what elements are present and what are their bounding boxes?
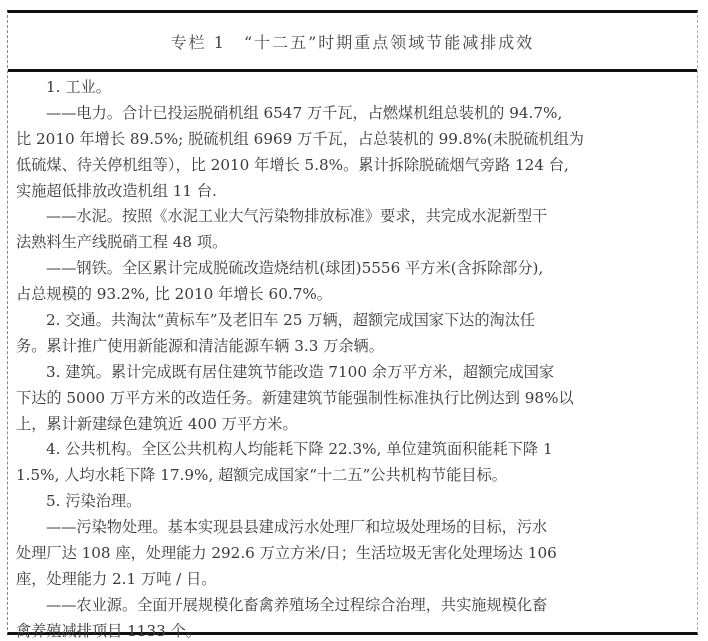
text-line: 处理厂达 108 座，处理能力 292.6 万立方米/日；生活垃圾无害化处理场达… (16, 541, 689, 567)
text-line: 务。累计推广使用新能源和清洁能源车辆 3.3 万余辆。 (16, 334, 689, 360)
text-line: 禽养殖减排项目 1133 个。 (16, 619, 689, 641)
text-line: 1.5%, 人均水耗下降 17.9%, 超额完成国家“十二五”公共机构节能目标。 (16, 463, 689, 489)
text-line: 比 2010 年增长 89.5%; 脱硫机组 6969 万千瓦，占总装机的 99… (16, 127, 689, 153)
title-divider (8, 69, 697, 72)
text-line: 座，处理能力 2.1 万吨 / 日。 (16, 567, 689, 593)
column-body: 1. 工业。——电力。合计已投运脱硝机组 6547 万千瓦，占燃煤机组总装机的 … (16, 75, 689, 641)
text-line: 低硫煤、待关停机组等），比 2010 年增长 5.8%。累计拆除脱硫烟气旁路 1… (16, 153, 689, 179)
text-line: ——污染物处理。基本实现县县建成污水处理厂和垃圾处理场的目标，污水 (16, 515, 689, 541)
text-line: 4. 公共机构。全区公共机构人均能耗下降 22.3%, 单位建筑面积能耗下降 1 (16, 437, 689, 463)
text-line: ——钢铁。全区累计完成脱硫改造烧结机(球团)5556 平方米(含拆除部分), (16, 256, 689, 282)
text-line: 法熟料生产线脱硝工程 48 项。 (16, 230, 689, 256)
text-line: ——水泥。按照《水泥工业大气污染物排放标准》要求，共完成水泥新型干 (16, 204, 689, 230)
text-line: 5. 污染治理。 (16, 489, 689, 515)
text-line: 2. 交通。共淘汰“黄标车”及老旧车 25 万辆，超额完成国家下达的淘汰任 (16, 308, 689, 334)
text-line: 1. 工业。 (16, 75, 689, 101)
text-line: ——农业源。全面开展规模化畜禽养殖场全过程综合治理，共实施规模化畜 (16, 593, 689, 619)
column-box: 专栏 1 “十二五”时期重点领域节能减排成效 1. 工业。——电力。合计已投运脱… (7, 10, 698, 635)
text-line: 占总规模的 93.2%, 比 2010 年增长 60.7%。 (16, 282, 689, 308)
text-line: 下达的 5000 万平方米的改造任务。新建建筑节能强制性标准执行比例达到 98%… (16, 386, 689, 412)
text-line: ——电力。合计已投运脱硝机组 6547 万千瓦，占燃煤机组总装机的 94.7%, (16, 101, 689, 127)
column-title: 专栏 1 “十二五”时期重点领域节能减排成效 (8, 13, 697, 69)
text-line: 实施超低排放改造机组 11 台. (16, 179, 689, 205)
text-line: 上，累计新建绿色建筑近 400 万平方米。 (16, 412, 689, 438)
text-line: 3. 建筑。累计完成既有居住建筑节能改造 7100 余万平方米，超额完成国家 (16, 360, 689, 386)
